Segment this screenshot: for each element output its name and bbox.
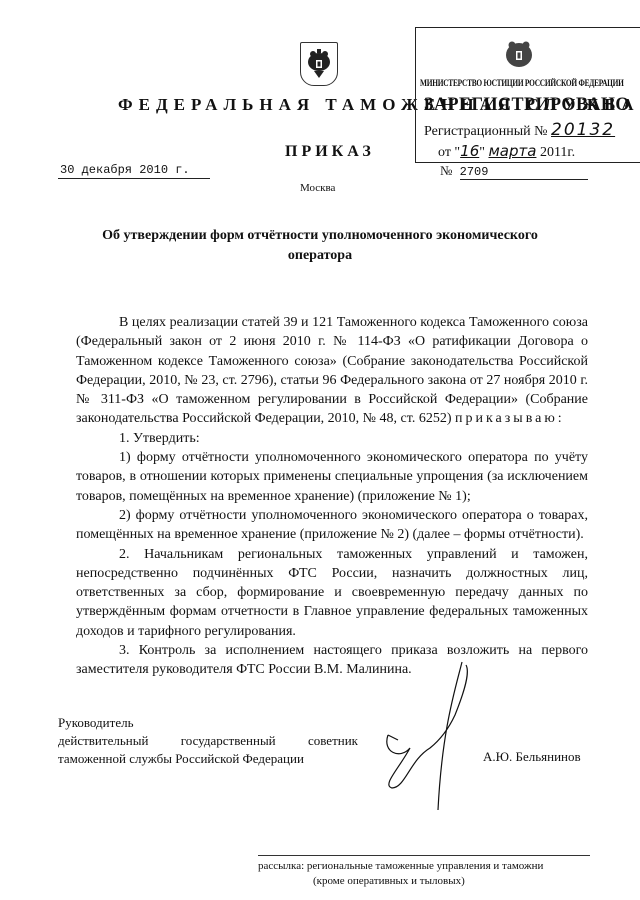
stamp-coat-of-arms-icon — [502, 38, 536, 72]
order-date: 30 декабря 2010 г. — [58, 163, 210, 179]
stamp-date-year: 2011 — [540, 145, 567, 160]
document-body: В целях реализации статей 39 и 121 Тамож… — [76, 313, 588, 680]
paragraph-1-1: 1) форму отчётности уполномоченного экон… — [76, 448, 588, 506]
stamp-date: от "16" марта 2011г. — [438, 142, 575, 161]
stamp-ministry: МИНИСТЕРСТВО ЮСТИЦИИ РОССИЙСКОЙ ФЕДЕРАЦИ… — [420, 78, 624, 88]
paragraph-3: 3. Контроль за исполнением настоящего пр… — [76, 641, 588, 680]
paragraph-2: 2. Начальникам региональных таможенных у… — [76, 545, 588, 641]
document-type: ПРИКАЗ — [285, 143, 375, 161]
stamp-reg-label: Регистрационный № — [424, 124, 548, 139]
number-sign: № — [440, 163, 452, 178]
registration-stamp: МИНИСТЕРСТВО ЮСТИЦИИ РОССИЙСКОЙ ФЕДЕРАЦИ… — [415, 27, 640, 163]
paragraph-1: 1. Утвердить: — [76, 429, 588, 448]
signer-name: А.Ю. Бельянинов — [483, 749, 581, 765]
double-headed-eagle-icon — [305, 48, 333, 80]
paragraph-preamble: В целях реализации статей 39 и 121 Тамож… — [76, 313, 588, 429]
stamp-status: ЗАРЕГИСТРИРОВАНО — [424, 94, 630, 116]
document-title: Об утверждении форм отчётности уполномоч… — [100, 226, 540, 266]
paragraph-1-2: 2) форму отчётности уполномоченного экон… — [76, 506, 588, 545]
stamp-reg-value: 20132 — [551, 120, 615, 140]
coat-of-arms-icon — [300, 42, 338, 86]
mailing-list: рассылка: региональные таможенные управл… — [258, 859, 543, 889]
stamp-date-month: марта — [488, 142, 536, 160]
order-word: приказываю: — [455, 411, 565, 426]
city: Москва — [300, 182, 335, 194]
stamp-date-day: 16 — [460, 142, 479, 160]
handwritten-signature-icon — [380, 660, 500, 810]
stamp-reg-number: Регистрационный № 20132 — [424, 120, 615, 140]
order-number: № 2709 — [440, 163, 588, 180]
mailing-divider — [258, 855, 590, 856]
order-number-value: 2709 — [460, 165, 588, 180]
signatory-title: Руководитель действительный государствен… — [58, 714, 358, 768]
